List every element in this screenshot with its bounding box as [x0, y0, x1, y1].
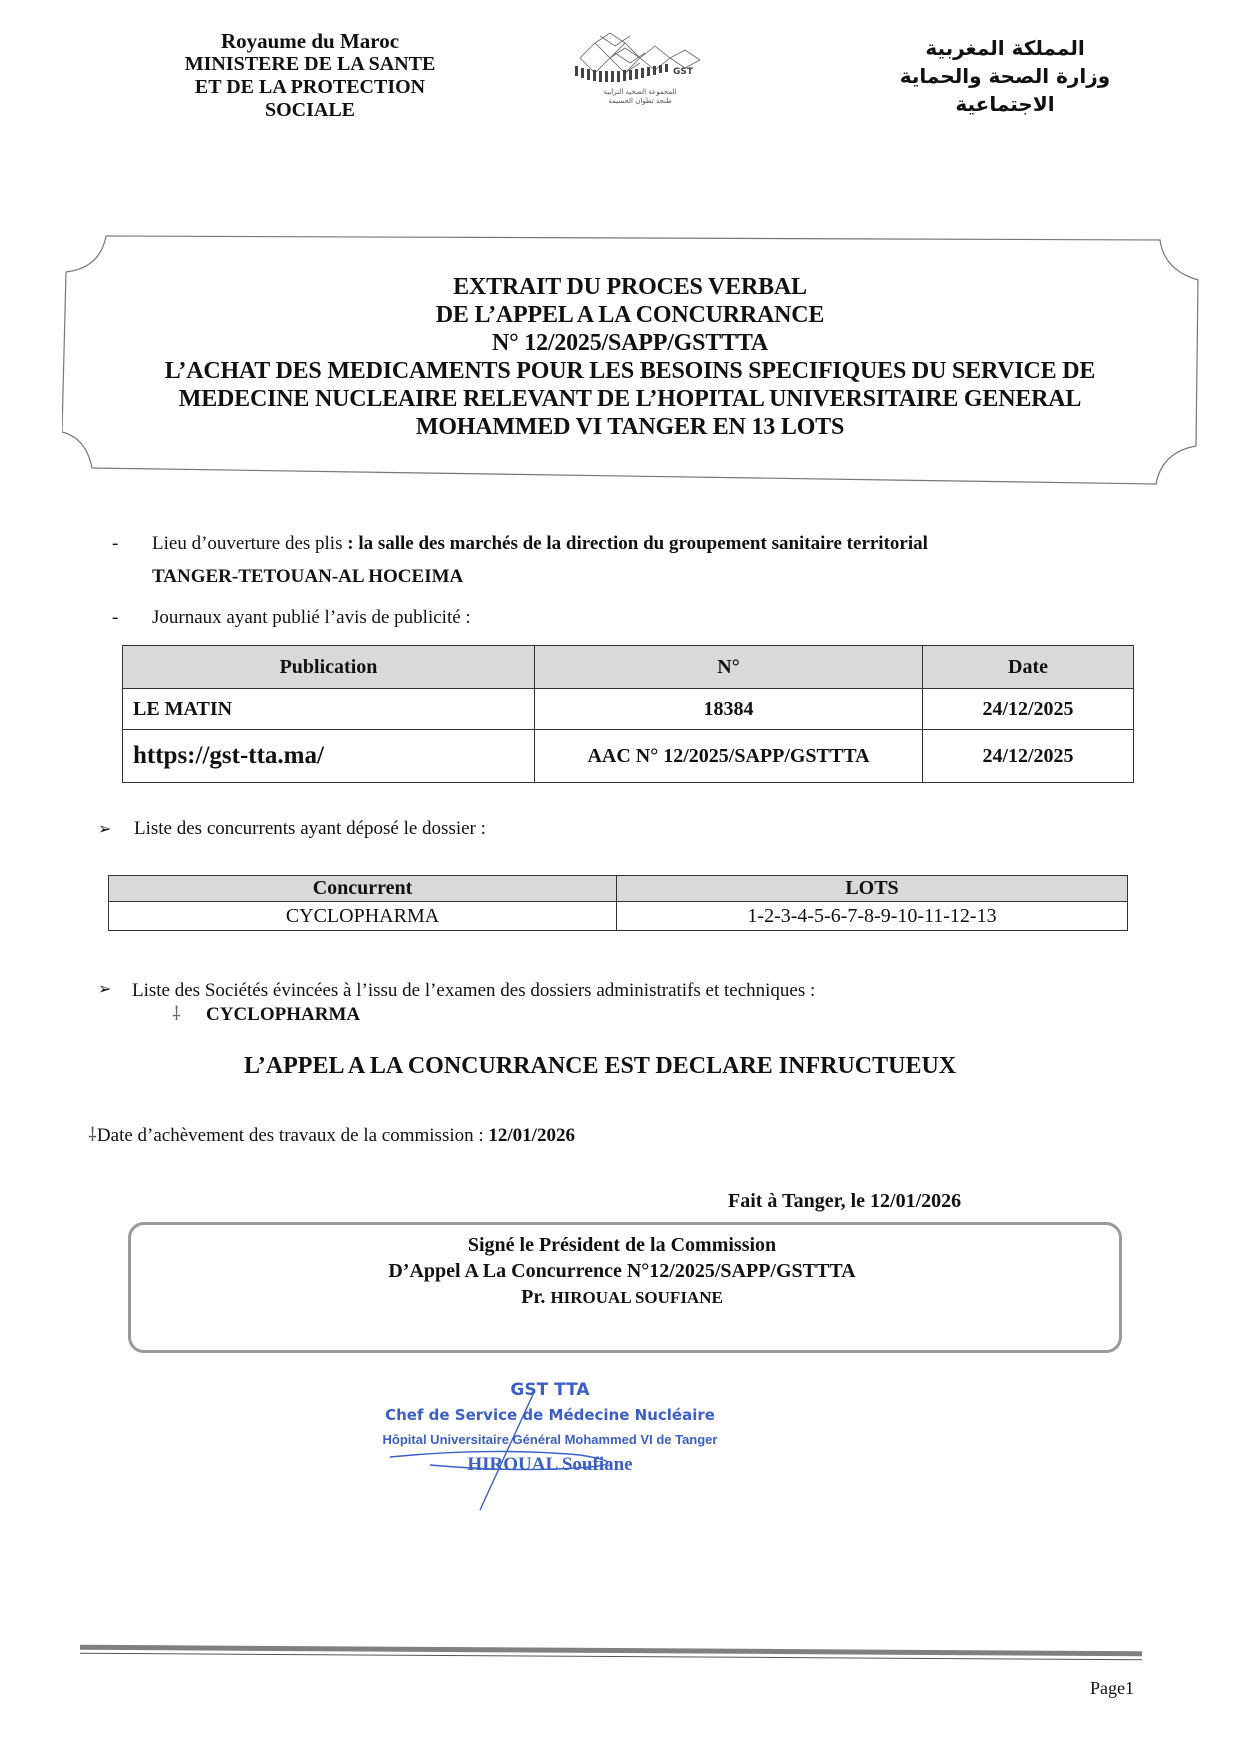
- lieu-ouverture: Lieu d’ouverture des plis : la salle des…: [152, 533, 1152, 555]
- arrow-bullet-icon: ➢: [98, 818, 111, 840]
- table-row: https://gst-tta.ma/ AAC N° 12/2025/SAPP/…: [123, 730, 1134, 783]
- dash-bullet: -: [112, 607, 118, 629]
- gst-logo-icon: GST: [565, 28, 715, 88]
- col-header-concurrent: Concurrent: [109, 876, 617, 902]
- fait-a-tanger: Fait à Tanger, le 12/01/2026: [728, 1190, 961, 1213]
- cell-lots: 1-2-3-4-5-6-7-8-9-10-11-12-13: [617, 902, 1128, 931]
- date-achevement-label: Date d’achèvement des travaux de la comm…: [97, 1125, 488, 1146]
- title-line: MOHAMMED VI TANGER EN 13 LOTS: [110, 413, 1150, 441]
- logo-caption-line: طنجة تطوان الحسيمة: [560, 97, 720, 106]
- page-number: Page1: [1090, 1678, 1134, 1699]
- cell-numero: AAC N° 12/2025/SAPP/GSTTTA: [535, 730, 923, 783]
- header-line: SOCIALE: [160, 99, 460, 122]
- col-header-numero: N°: [535, 646, 923, 689]
- cell-date: 24/12/2025: [923, 689, 1134, 730]
- title-line: MEDECINE NUCLEAIRE RELEVANT DE L’HOPITAL…: [110, 385, 1150, 413]
- date-achevement: ⸸Date d’achèvement des travaux de la com…: [88, 1125, 575, 1147]
- journaux-label: Journaux ayant publié l’avis de publicit…: [152, 607, 471, 629]
- header-line: ET DE LA PROTECTION: [160, 76, 460, 99]
- dash-bullet: -: [112, 533, 118, 555]
- lieu-value-line2: TANGER-TETOUAN-AL HOCEIMA: [152, 566, 463, 588]
- down-arrow-bullet-icon: ⸸: [172, 1004, 181, 1026]
- header-line-ar: المملكة المغربية: [880, 34, 1130, 62]
- ministry-header-ar: المملكة المغربية وزارة الصحة والحماية ال…: [880, 34, 1130, 118]
- signature-line: D’Appel A La Concurrence N°12/2025/SAPP/…: [128, 1258, 1116, 1284]
- table-header-row: Publication N° Date: [123, 646, 1134, 689]
- signature-text: Signé le Président de la Commission D’Ap…: [128, 1232, 1116, 1311]
- cell-concurrent: CYCLOPHARMA: [109, 902, 617, 931]
- gst-logo: GST: [565, 28, 715, 128]
- cell-publication-url[interactable]: https://gst-tta.ma/: [123, 730, 535, 783]
- col-header-publication: Publication: [123, 646, 535, 689]
- signature-name: Pr. HIROUAL SOUFIANE: [128, 1284, 1116, 1311]
- signature-title: Pr.: [521, 1286, 550, 1308]
- title-line: N° 12/2025/SAPP/GSTTTA: [110, 329, 1150, 357]
- publication-table: Publication N° Date LE MATIN 18384 24/12…: [122, 645, 1134, 783]
- down-arrow-bullet-icon: ⸸: [88, 1125, 97, 1146]
- col-header-date: Date: [923, 646, 1134, 689]
- lieu-label: Lieu d’ouverture des plis: [152, 533, 342, 554]
- table-row: LE MATIN 18384 24/12/2025: [123, 689, 1134, 730]
- date-achevement-value: 12/01/2026: [488, 1125, 575, 1146]
- signature-line: Signé le Président de la Commission: [128, 1232, 1116, 1258]
- evincees-label: Liste des Sociétés évincées à l’issu de …: [132, 980, 815, 1002]
- cell-date: 24/12/2025: [923, 730, 1134, 783]
- svg-text:GST: GST: [673, 67, 694, 77]
- conclusion-statement: L’APPEL A LA CONCURRANCE EST DECLARE INF…: [244, 1053, 956, 1080]
- document-title: EXTRAIT DU PROCES VERBAL DE L’APPEL A LA…: [110, 273, 1150, 441]
- arrow-bullet-icon: ➢: [98, 978, 111, 1000]
- logo-caption: المجموعة الصحية الترابية طنجة تطوان الحس…: [560, 88, 720, 106]
- title-line: EXTRAIT DU PROCES VERBAL: [110, 273, 1150, 301]
- signature-person: HIROUAL SOUFIANE: [550, 1288, 722, 1307]
- concurrents-label: Liste des concurrents ayant déposé le do…: [134, 818, 486, 840]
- title-line: L’ACHAT DES MEDICAMENTS POUR LES BESOINS…: [110, 357, 1150, 385]
- header-line: MINISTERE DE LA SANTE: [160, 53, 460, 76]
- ministry-header-fr: Royaume du Maroc MINISTERE DE LA SANTE E…: [160, 30, 460, 122]
- header-line-ar: وزارة الصحة والحماية: [880, 62, 1130, 90]
- concurrents-table: Concurrent LOTS CYCLOPHARMA 1-2-3-4-5-6-…: [108, 875, 1128, 931]
- lieu-separator: :: [342, 533, 358, 554]
- title-line: DE L’APPEL A LA CONCURRANCE: [110, 301, 1150, 329]
- cell-publication: LE MATIN: [123, 689, 535, 730]
- evincee-company: CYCLOPHARMA: [206, 1004, 360, 1026]
- cell-numero: 18384: [535, 689, 923, 730]
- header-line-ar: الاجتماعية: [880, 90, 1130, 118]
- table-row: CYCLOPHARMA 1-2-3-4-5-6-7-8-9-10-11-12-1…: [109, 902, 1128, 931]
- col-header-lots: LOTS: [617, 876, 1128, 902]
- lieu-value: la salle des marchés de la direction du …: [358, 533, 928, 554]
- logo-caption-line: المجموعة الصحية الترابية: [560, 88, 720, 97]
- handwritten-signature: [370, 1385, 670, 1515]
- table-header-row: Concurrent LOTS: [109, 876, 1128, 902]
- header-line: Royaume du Maroc: [160, 30, 460, 53]
